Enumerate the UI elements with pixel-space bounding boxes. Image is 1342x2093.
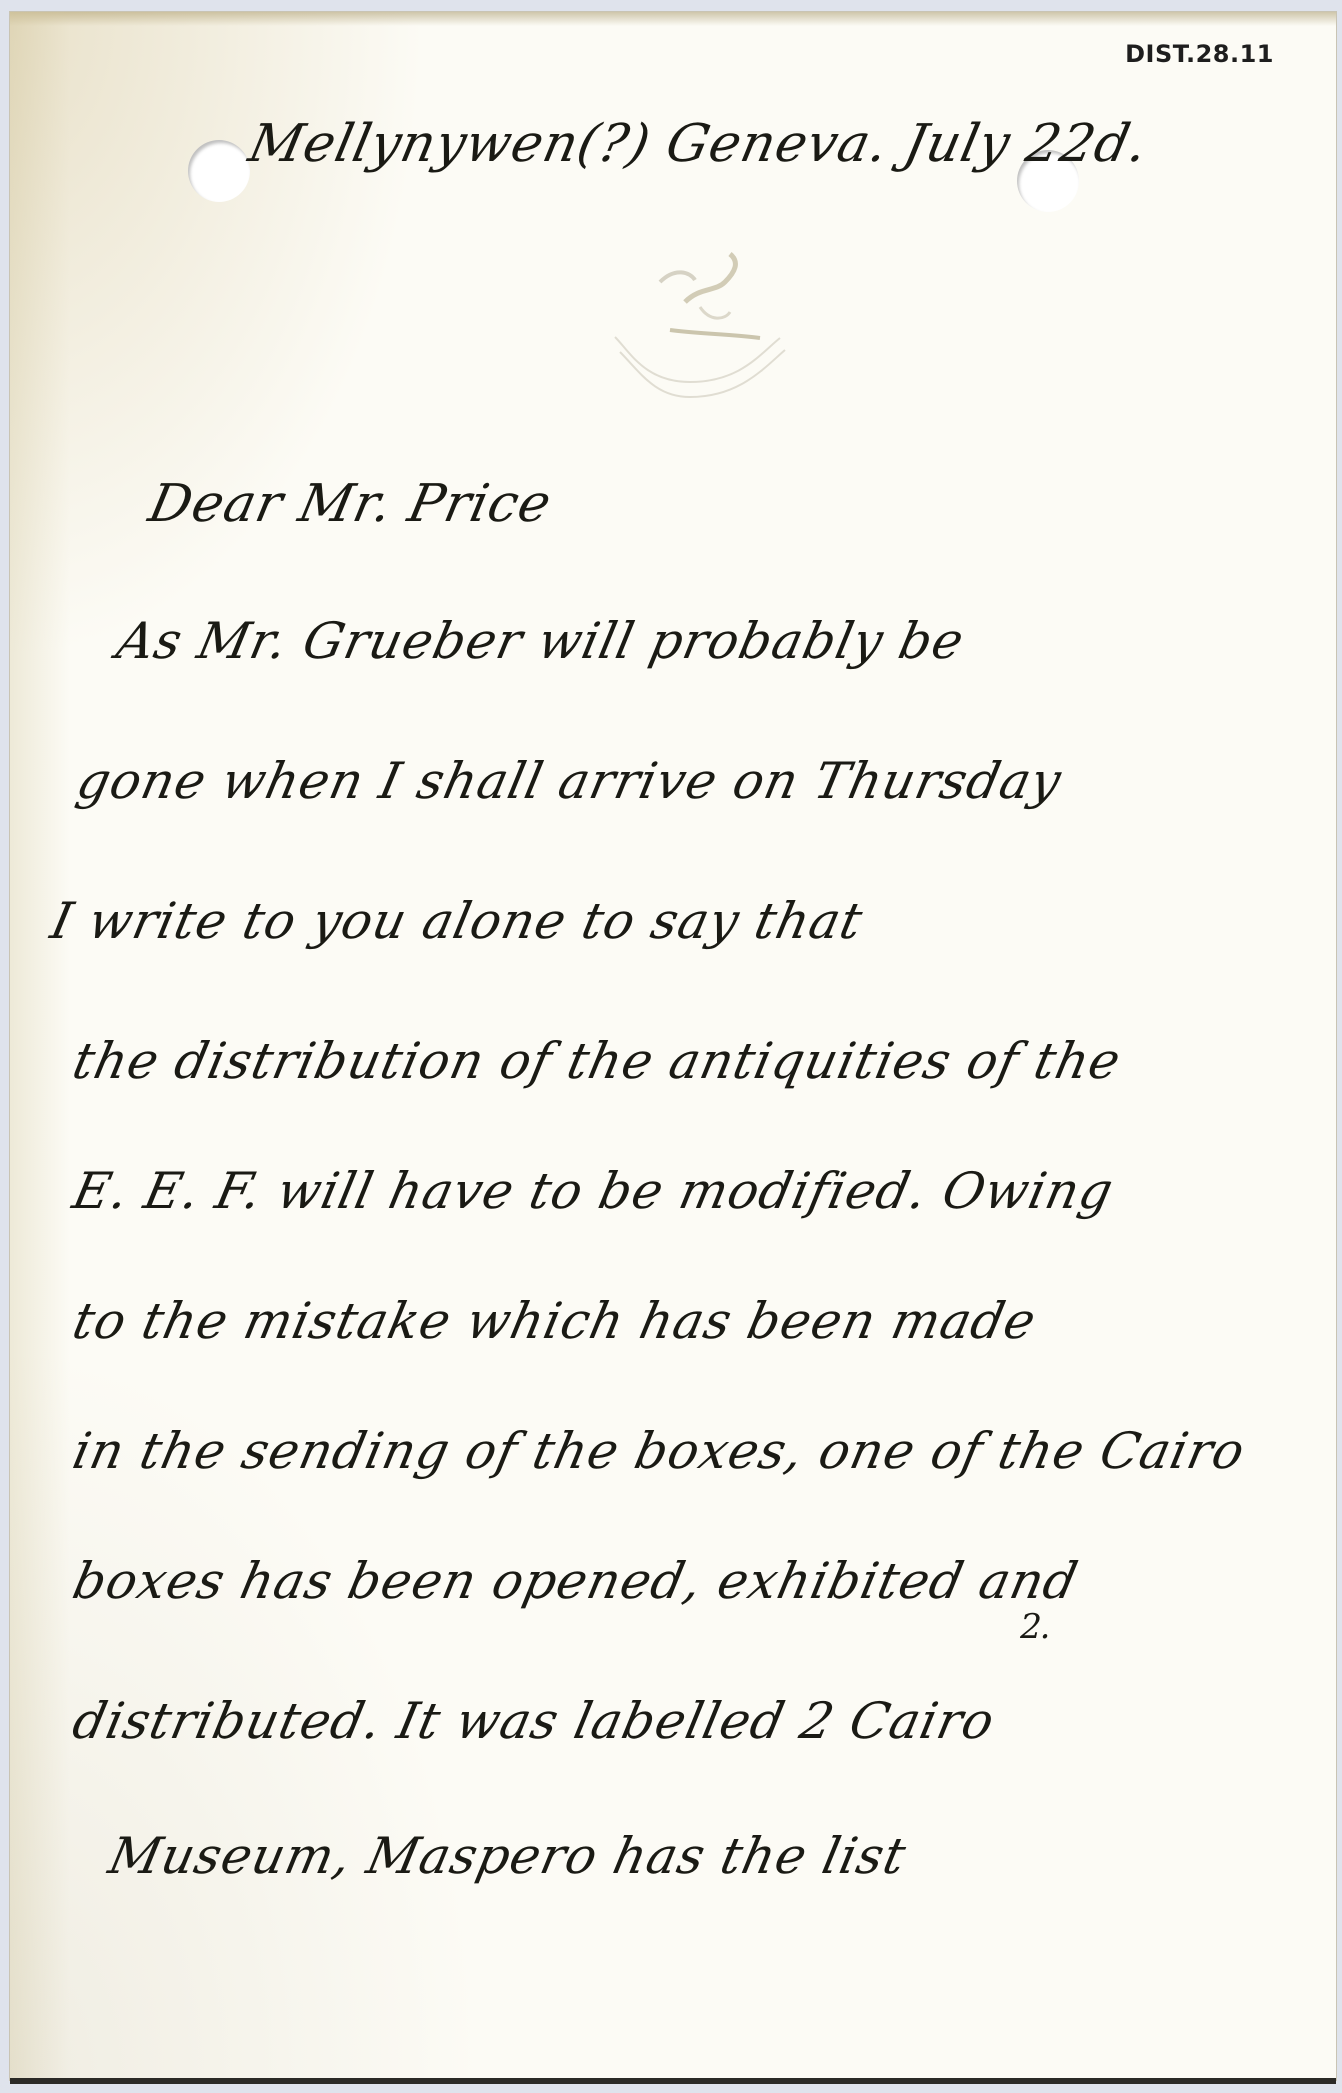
body-line: As Mr. Grueber will probably be bbox=[112, 612, 970, 670]
body-line: in the sending of the boxes, one of the … bbox=[68, 1422, 1251, 1480]
letter-sheet: DIST.28.11 Mellynywen(?) Geneva. July 22… bbox=[10, 12, 1336, 2080]
letter-heading: Mellynywen(?) Geneva. July 22d. bbox=[244, 114, 1154, 174]
body-line: Museum, Maspero has the list bbox=[104, 1827, 912, 1885]
body-line: the distribution of the antiquities of t… bbox=[68, 1032, 1126, 1090]
archive-reference-stamp: DIST.28.11 bbox=[1125, 40, 1274, 68]
heading-date: July 22d. bbox=[899, 114, 1154, 174]
body-line: to the mistake which has been made bbox=[68, 1292, 1042, 1350]
salutation: Dear Mr. Price bbox=[144, 474, 557, 534]
body-line: boxes has been opened, exhibited and bbox=[68, 1552, 1084, 1610]
body-line: E. E. F. will have to be modified. Owing bbox=[68, 1162, 1119, 1220]
body-line: gone when I shall arrive on Thursday bbox=[72, 752, 1067, 810]
embossed-crest-icon bbox=[590, 242, 800, 402]
body-line: I write to you alone to say that bbox=[46, 892, 868, 950]
body-line: distributed. It was labelled 2 Cairo bbox=[68, 1692, 1000, 1750]
punch-hole-left bbox=[188, 140, 250, 202]
superscript-insert: 2. bbox=[1016, 1607, 1057, 1647]
heading-place: Mellynywen(?) Geneva. bbox=[244, 114, 895, 174]
